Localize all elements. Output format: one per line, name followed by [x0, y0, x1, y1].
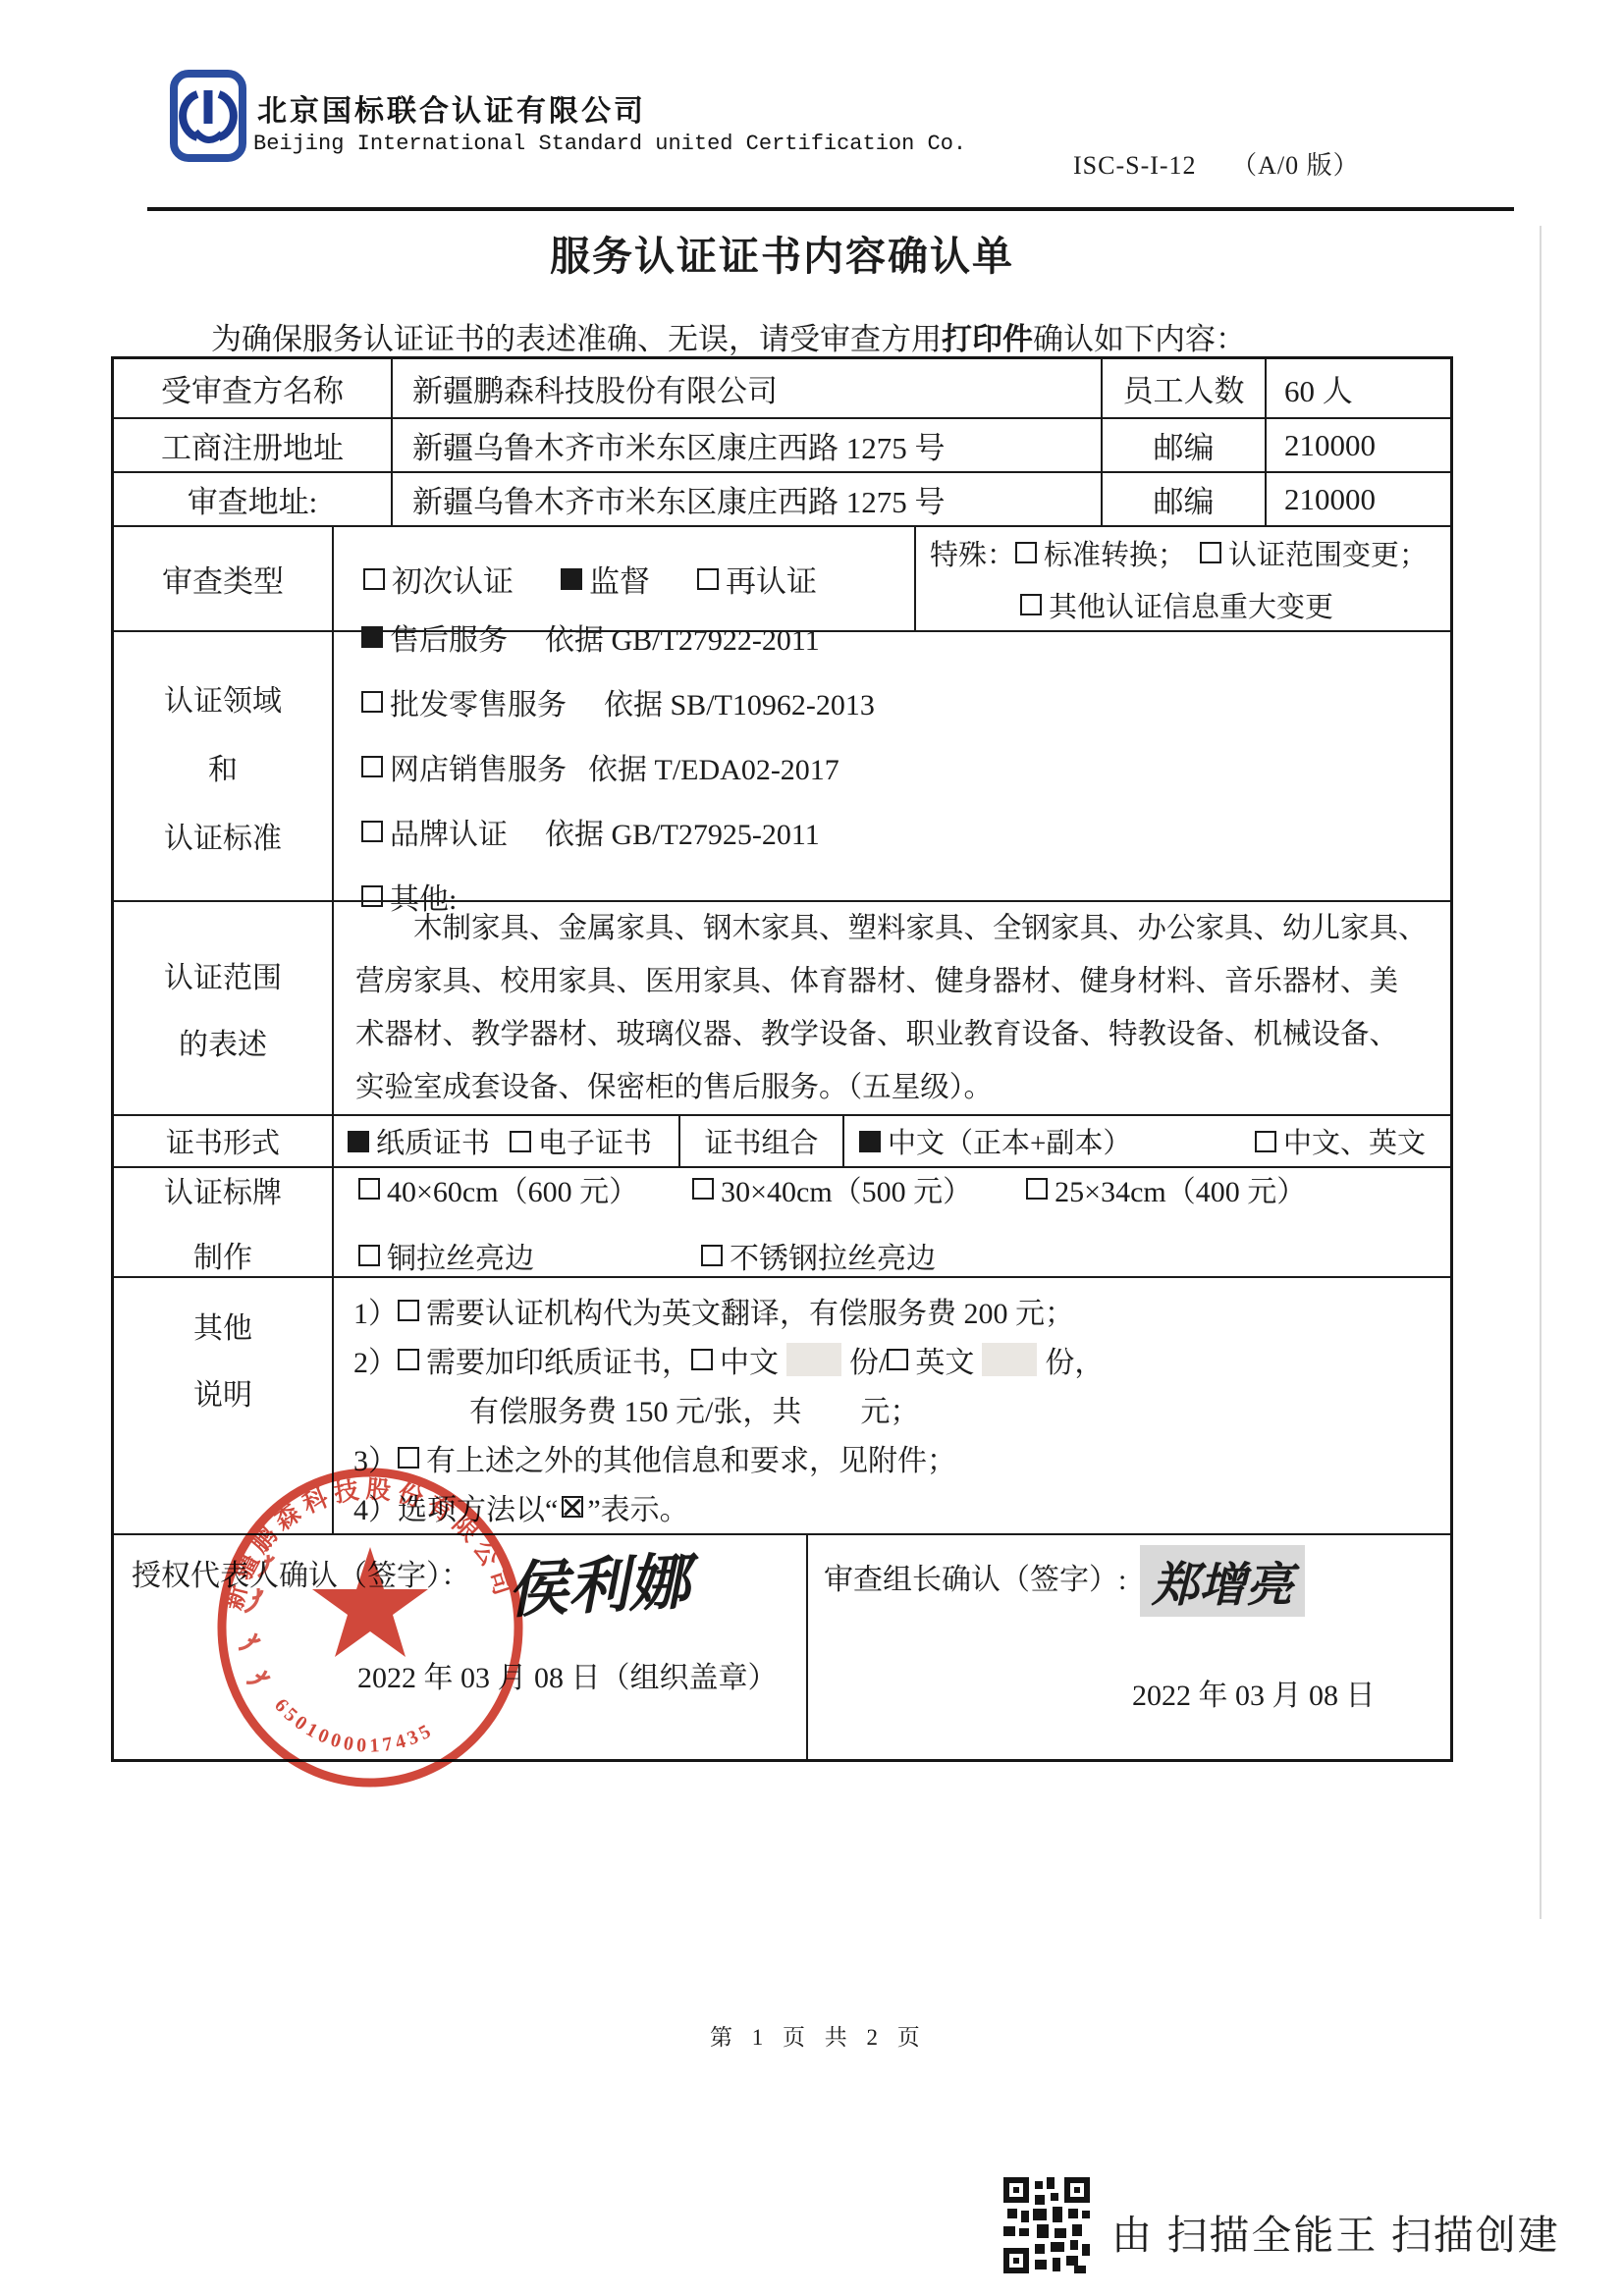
item2-number: 2） [353, 1338, 398, 1381]
row-cert-field: 认证领域 和 认证标准 售后服务依据 GB/T27922-2011 批发零售服务… [114, 630, 1450, 900]
intro-bold: 打印件 [942, 322, 1033, 356]
company-name-en: Beijing International Standard united Ce… [253, 132, 966, 156]
option-stainless-edge: 不锈钢拉丝亮边 [701, 1234, 936, 1277]
item1-number: 1） [353, 1289, 398, 1332]
reg-address-label: 工商注册地址 [161, 423, 344, 467]
item2-end-text: 份， [1045, 1338, 1104, 1381]
seal-star-icon [312, 1547, 428, 1657]
option-electronic-cert: 电子证书 [510, 1121, 652, 1161]
checked-box-example-icon [562, 1496, 583, 1518]
checkbox-initial-cert-icon [363, 568, 385, 590]
option-size-30x40-label: 30×40cm（500 元） [721, 1167, 972, 1210]
option-recert-label: 再认证 [726, 557, 817, 601]
reg-zip-value: 210000 [1284, 428, 1376, 463]
scan-credit-text: 由 扫描全能王 扫描创建 [1111, 2203, 1560, 2261]
audit-address-value: 新疆乌鲁木齐市米东区康庄西路 1275 号 [412, 477, 946, 521]
reg-zip-label: 邮编 [1154, 423, 1215, 467]
other-notes-label-1: 其他 [193, 1304, 252, 1347]
option-after-sales-label: 售后服务 [390, 615, 508, 659]
checkbox-scope-change-icon [1200, 542, 1221, 563]
item4-post-text: ”表示。 [587, 1485, 688, 1528]
option-stainless-edge-label: 不锈钢拉丝亮边 [730, 1234, 936, 1277]
audit-leader-date: 2022 年 03 月 08 日 [1132, 1671, 1376, 1714]
page-title: 服务认证证书内容确认单 [111, 224, 1453, 282]
option-paper-cert: 纸质证书 [348, 1121, 490, 1161]
special-prefix: 特殊： [930, 533, 1015, 573]
checkbox-recert-icon [697, 568, 719, 590]
checkbox-item2-en-icon [887, 1349, 908, 1370]
item2-mid-text: 份/ [849, 1338, 887, 1381]
after-sales-basis: 依据 GB/T27922-2011 [545, 615, 820, 659]
plaque-label-2: 制作 [193, 1233, 252, 1276]
doc-version: （A/0 版） [1231, 151, 1360, 180]
checkbox-supervision-icon [561, 568, 582, 590]
checkbox-paper-cert-icon [348, 1131, 369, 1152]
row-cert-form: 证书形式 纸质证书 电子证书 证书组合 中文（正本+副本） 中文、英文 [114, 1114, 1450, 1166]
staff-count-label: 员工人数 [1123, 366, 1245, 410]
audit-zip-label: 邮编 [1154, 477, 1215, 521]
option-copper-edge: 铜拉丝亮边 [358, 1234, 534, 1277]
other-item-2: 2）需要加印纸质证书，中文份/英文份， [353, 1335, 1104, 1384]
checkbox-copper-edge-icon [358, 1245, 380, 1266]
checkbox-standard-transfer-icon [1015, 542, 1037, 563]
scan-artifact-line [1540, 226, 1542, 1919]
option-other-major-change-label: 其他认证信息重大变更 [1049, 585, 1333, 625]
checkbox-item1-icon [398, 1300, 419, 1321]
cert-combo-label: 证书组合 [704, 1121, 818, 1161]
audit-address-label: 审查地址: [188, 477, 318, 521]
certification-logo-icon [169, 69, 247, 163]
special-line1: 特殊： 标准转换； 认证范围变更； [930, 533, 1428, 573]
option-combo-cn: 中文（正本+副本） [859, 1121, 1131, 1161]
option-size-30x40: 30×40cm（500 元） [692, 1167, 972, 1210]
option-wholesale-retail: 批发零售服务依据 SB/T10962-2013 [361, 680, 875, 723]
row-plaque: 认证标牌 制作 40×60cm（600 元） 30×40cm（500 元） 25… [114, 1166, 1450, 1276]
item2-cn-label: 中文 [720, 1338, 779, 1381]
checkbox-after-sales-icon [361, 626, 383, 648]
checkbox-item2-cn-icon [691, 1349, 713, 1370]
other-notes-label-2: 说明 [193, 1370, 252, 1414]
blank-correction-cn [786, 1343, 841, 1376]
seal-number-text: 6501000017435 [270, 1694, 438, 1756]
audit-leader-label: 审查组长确认（签字）: [824, 1555, 1126, 1598]
option-size-40x60: 40×60cm（600 元） [358, 1167, 638, 1210]
scope-label-2: 的表述 [179, 1020, 267, 1063]
brand-cert-basis: 依据 GB/T27925-2011 [545, 810, 820, 853]
option-scope-change-label: 认证范围变更； [1228, 533, 1428, 573]
header-rule [147, 207, 1514, 211]
checkbox-wholesale-retail-icon [361, 691, 383, 713]
scope-line-2: 营房家具、校用家具、医用家具、体育器材、健身器材、健身材料、音乐器材、美 [355, 955, 1398, 1008]
reg-address-value: 新疆乌鲁木齐市米东区康庄西路 1275 号 [412, 423, 946, 467]
option-electronic-cert-label: 电子证书 [538, 1121, 652, 1161]
auditee-label: 受审查方名称 [161, 366, 344, 410]
option-copper-edge-label: 铜拉丝亮边 [387, 1234, 534, 1277]
svg-text:6501000017435: 6501000017435 [270, 1694, 438, 1756]
row-registered-address: 工商注册地址 新疆乌鲁木齐市米东区康庄西路 1275 号 邮编 210000 [114, 417, 1450, 471]
cert-field-label-1: 认证领域 [164, 676, 282, 720]
option-supervision-label: 监督 [589, 557, 650, 601]
checkbox-stainless-edge-icon [701, 1245, 723, 1266]
checkbox-electronic-cert-icon [510, 1131, 531, 1152]
company-seal: 新疆鹏森科技股份有限公司 6501000017435 [201, 1461, 539, 1798]
option-combo-bilingual: 中文、英文 [1255, 1121, 1426, 1161]
option-initial-cert: 初次认证 [363, 557, 514, 601]
checkbox-other-major-change-icon [1020, 594, 1042, 615]
option-recert: 再认证 [697, 557, 817, 601]
option-size-25x34-label: 25×34cm（400 元） [1055, 1167, 1306, 1210]
cert-field-label-2: 和 [208, 745, 238, 788]
option-after-sales: 售后服务依据 GB/T27922-2011 [361, 615, 820, 659]
item2-en-label: 英文 [915, 1338, 974, 1381]
option-online-store-label: 网店销售服务 [390, 745, 567, 788]
option-size-40x60-label: 40×60cm（600 元） [387, 1167, 638, 1210]
checkbox-combo-bilingual-icon [1255, 1131, 1276, 1152]
wholesale-retail-basis: 依据 SB/T10962-2013 [604, 680, 875, 723]
option-initial-cert-label: 初次认证 [392, 557, 514, 601]
company-name-cn: 北京国标联合认证有限公司 [257, 86, 646, 130]
option-combo-cn-label: 中文（正本+副本） [888, 1121, 1131, 1161]
row-auditee: 受审查方名称 新疆鹏森科技股份有限公司 员工人数 60 人 [114, 359, 1450, 417]
other-item-1: 1）需要认证机构代为英文翻译，有偿服务费 200 元； [353, 1286, 1074, 1335]
row-audit-address: 审查地址: 新疆乌鲁木齐市米东区康庄西路 1275 号 邮编 210000 [114, 471, 1450, 525]
checkbox-combo-cn-icon [859, 1131, 881, 1152]
checkbox-online-store-icon [361, 756, 383, 777]
cert-field-label-3: 认证标准 [164, 814, 282, 857]
plaque-edge-line: 铜拉丝亮边 不锈钢拉丝亮边 [358, 1234, 936, 1277]
checkbox-size-30x40-icon [692, 1178, 714, 1200]
row-scope: 认证范围 的表述 木制家具、金属家具、钢木家具、塑料家具、全钢家具、办公家具、幼… [114, 900, 1450, 1114]
page-number: 第 1 页 共 2 页 [710, 2019, 927, 2052]
intro-text: 为确保服务认证证书的表述准确、无误，请受审查方用打印件确认如下内容： [211, 314, 1246, 358]
scanned-document-page: 北京国标联合认证有限公司 Beijing International Stand… [0, 0, 1623, 2296]
plaque-label-1: 认证标牌 [164, 1168, 282, 1211]
option-size-25x34: 25×34cm（400 元） [1026, 1167, 1306, 1210]
checkbox-size-40x60-icon [358, 1178, 380, 1200]
online-store-basis: 依据 T/EDA02-2017 [588, 745, 839, 788]
other-item-2-cont: 有偿服务费 150 元/张，共 元； [353, 1384, 919, 1433]
option-wholesale-retail-label: 批发零售服务 [390, 680, 567, 723]
item2-text: 需要加印纸质证书， [426, 1338, 691, 1381]
checkbox-brand-cert-icon [361, 821, 383, 842]
option-supervision: 监督 [561, 557, 650, 601]
doc-code-block: ISC-S-I-12 （A/0 版） [1073, 145, 1360, 182]
option-combo-bilingual-label: 中文、英文 [1283, 1121, 1426, 1161]
scope-line-4: 实验室成套设备、保密柜的售后服务。（五星级）。 [355, 1061, 993, 1114]
staff-count-value: 60 人 [1284, 366, 1353, 410]
audit-leader-signature: 郑增亮 [1140, 1545, 1305, 1617]
doc-code: ISC-S-I-12 [1073, 151, 1197, 180]
auditee-value: 新疆鹏森科技股份有限公司 [412, 366, 778, 410]
blank-correction-en [982, 1343, 1037, 1376]
qr-code [1003, 2177, 1090, 2273]
scope-line-3: 术器材、教学器材、玻璃仪器、教学设备、职业教育设备、特教设备、机械设备、 [355, 1008, 1398, 1061]
option-standard-transfer-label: 标准转换； [1044, 533, 1186, 573]
option-online-store: 网店销售服务依据 T/EDA02-2017 [361, 745, 839, 788]
option-brand-cert: 品牌认证依据 GB/T27925-2011 [361, 810, 820, 853]
intro-pre: 为确保服务认证证书的表述准确、无误，请受审查方用 [211, 322, 942, 356]
plaque-size-line: 40×60cm（600 元） 30×40cm（500 元） 25×34cm（40… [358, 1167, 1306, 1210]
checkbox-size-25x34-icon [1026, 1178, 1048, 1200]
intro-post: 确认如下内容： [1033, 322, 1246, 356]
special-line2: 其他认证信息重大变更 [930, 585, 1333, 625]
option-brand-cert-label: 品牌认证 [390, 810, 508, 853]
scope-line-1: 木制家具、金属家具、钢木家具、塑料家具、全钢家具、办公家具、幼儿家具、 [355, 902, 1428, 955]
audit-zip-value: 210000 [1284, 482, 1376, 517]
item2-cont-text: 有偿服务费 150 元/张，共 元； [469, 1387, 919, 1430]
scope-label-1: 认证范围 [164, 953, 282, 996]
audit-type-label: 审查类型 [162, 557, 284, 601]
cert-form-label: 证书形式 [166, 1121, 280, 1161]
checkbox-item2-icon [398, 1349, 419, 1370]
option-paper-cert-label: 纸质证书 [376, 1121, 490, 1161]
item1-text: 需要认证机构代为英文翻译，有偿服务费 200 元； [426, 1289, 1074, 1332]
